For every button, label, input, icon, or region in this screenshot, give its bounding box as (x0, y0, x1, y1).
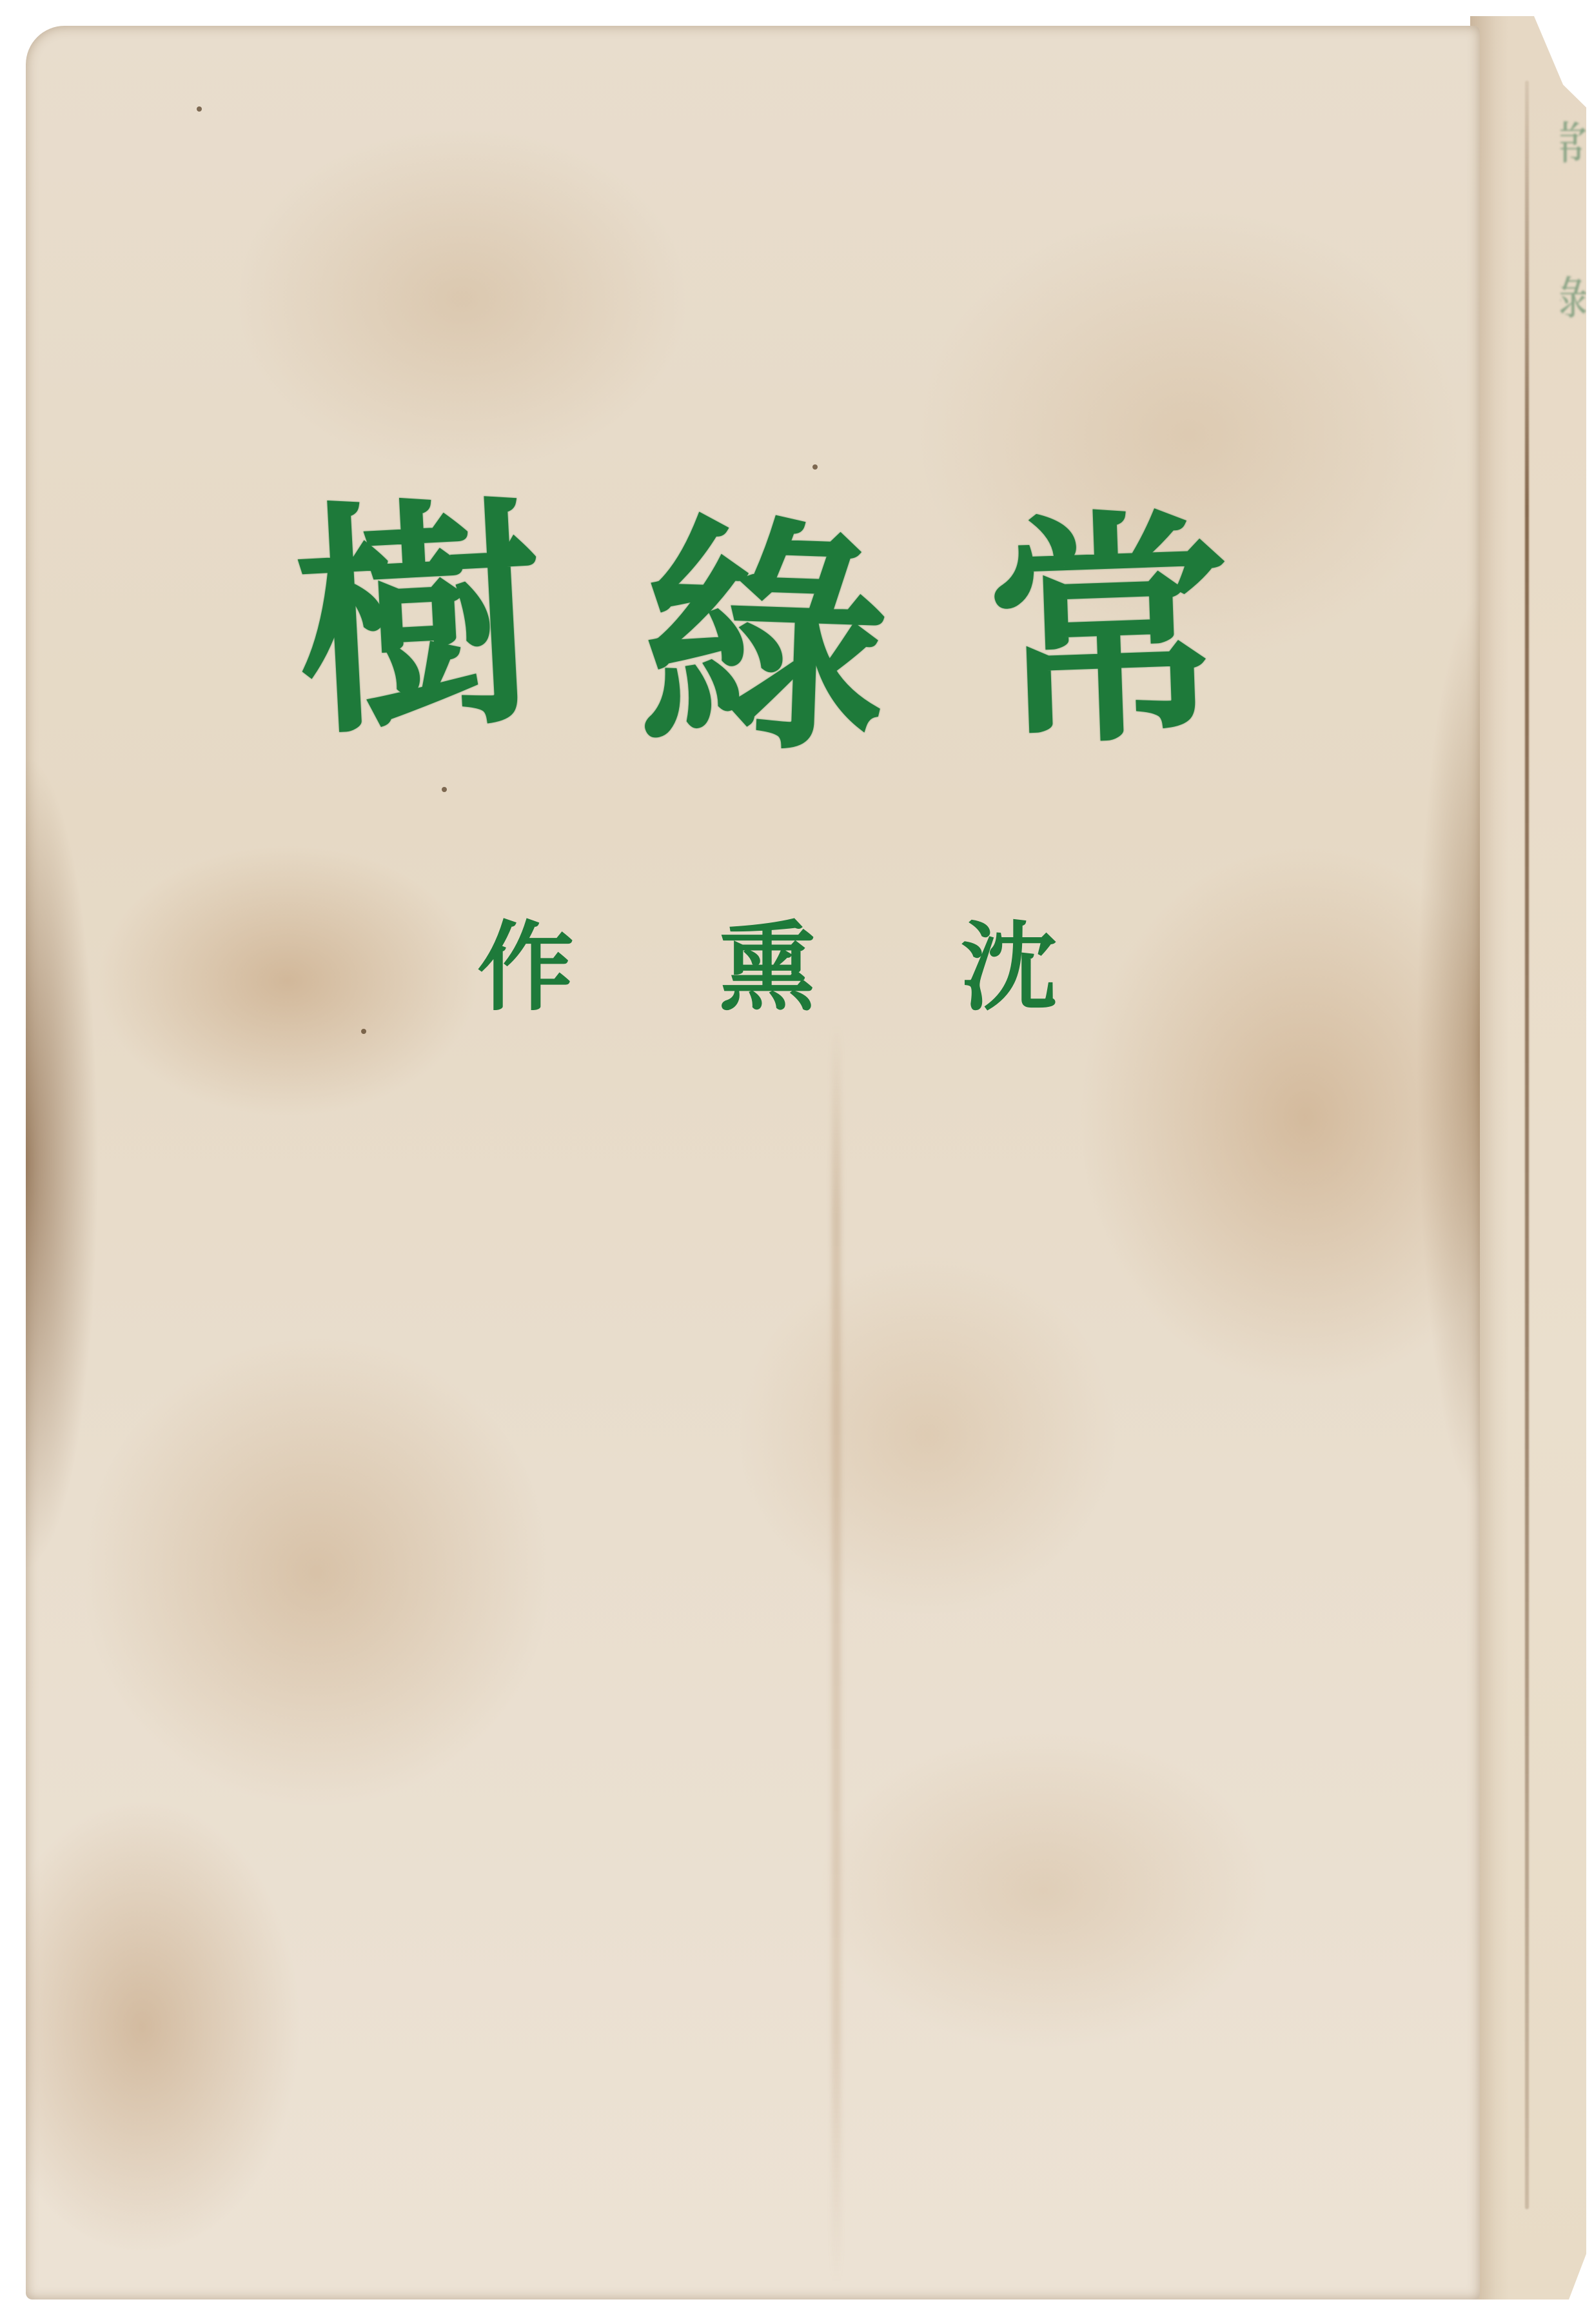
spine-crease (1525, 81, 1529, 2209)
book-spine: 常 綠 (1470, 16, 1586, 2299)
author-line: 沈 熏 作 (477, 903, 1058, 1032)
book: 常 綠 常 綠 樹 沈 熏 作 (26, 16, 1573, 2309)
book-title: 常 綠 樹 (297, 445, 1232, 806)
author-character: 沈 (961, 919, 1058, 1016)
paper-speck (361, 1029, 366, 1034)
title-character: 樹 (290, 490, 547, 748)
title-character: 綠 (637, 511, 890, 765)
spine-text-fragment: 常 (1560, 119, 1586, 164)
title-character: 常 (982, 505, 1235, 759)
front-cover: 常 綠 樹 沈 熏 作 (26, 26, 1480, 2299)
paper-speck (442, 787, 447, 792)
spine-text-fragment: 綠 (1560, 274, 1586, 319)
paper-speck (197, 106, 202, 112)
author-character: 作 (477, 919, 574, 1016)
cover-crease (832, 1026, 841, 2283)
paper-speck (812, 464, 818, 470)
author-character: 熏 (719, 919, 816, 1016)
